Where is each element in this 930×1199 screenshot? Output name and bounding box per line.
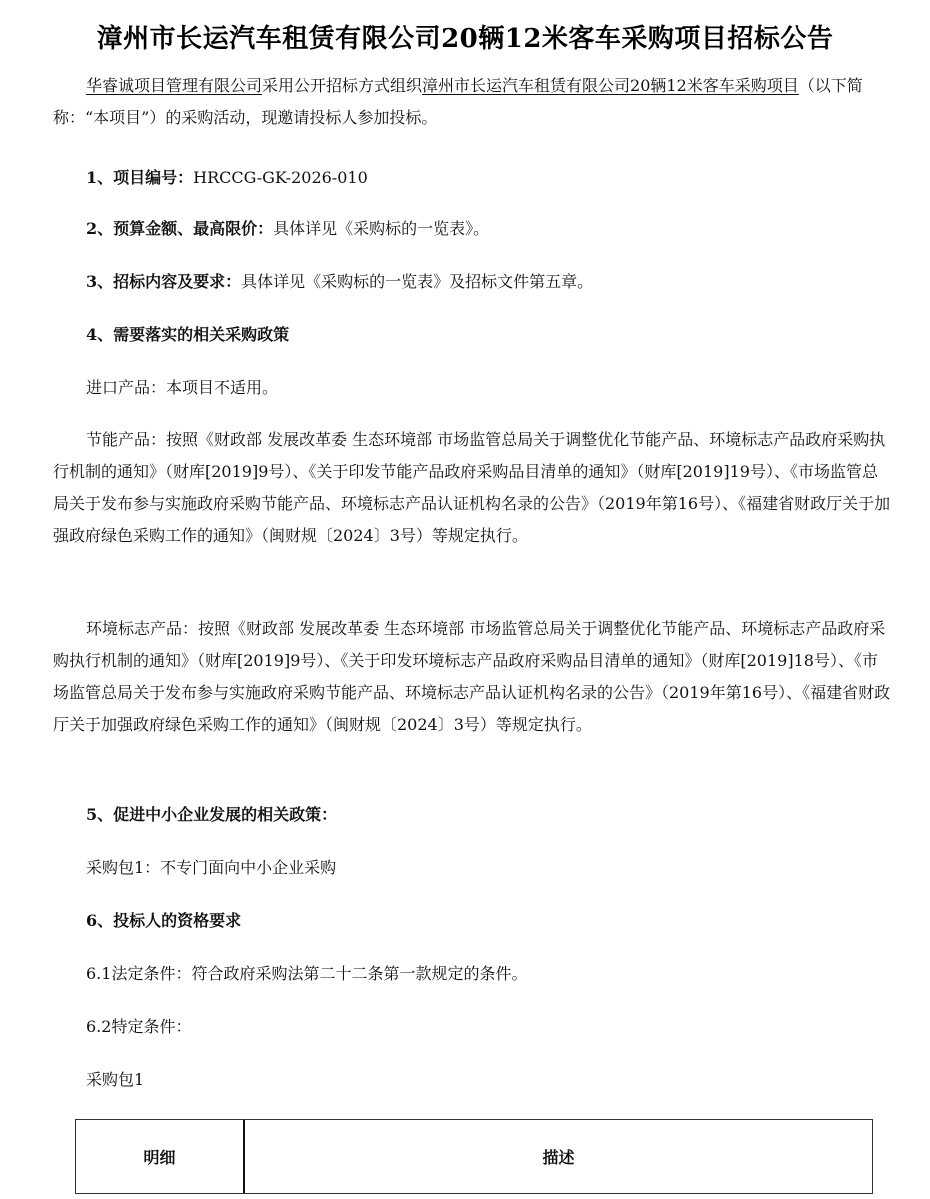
project-number: HRCCG-GK-2026-010	[193, 168, 368, 187]
sme-package-1: 采购包1：不专门面向中小企业采购	[53, 852, 893, 884]
package-1-label: 采购包1	[53, 1064, 893, 1096]
project-name: 漳州市长运汽车租赁有限公司20辆12米客车采购项目	[422, 76, 799, 95]
section-1: 1、项目编号：HRCCG-GK-2026-010	[53, 162, 893, 194]
table-header-description: 描述	[245, 1120, 872, 1193]
section-5-heading: 5、促进中小企业发展的相关政策：	[53, 799, 893, 831]
energy-saving-products: 节能产品：按照《财政部 发展改革委 生态环境部 市场监管总局关于调整优化节能产品…	[53, 424, 893, 552]
section-2-label: 2、预算金额、最高限价：	[86, 219, 273, 238]
qualification-table: 明细 描述	[75, 1119, 873, 1194]
environmental-label-products: 环境标志产品：按照《财政部 发展改革委 生态环境部 市场监管总局关于调整优化节能…	[53, 613, 893, 741]
section-6-heading: 6、投标人的资格要求	[53, 905, 893, 937]
content-requirements: 具体详见《采购标的一览表》及招标文件第五章。	[241, 272, 593, 291]
specific-conditions: 6.2特定条件：	[53, 1011, 893, 1043]
intro-text-1: 采用公开招标方式组织	[262, 76, 422, 95]
agency-name: 华睿诚项目管理有限公司	[86, 76, 262, 95]
budget-value: 具体详见《采购标的一览表》。	[273, 219, 489, 238]
section-3: 3、招标内容及要求：具体详见《采购标的一览表》及招标文件第五章。	[53, 266, 893, 298]
document-title: 漳州市长运汽车租赁有限公司20辆12米客车采购项目招标公告	[0, 18, 930, 55]
section-2: 2、预算金额、最高限价：具体详见《采购标的一览表》。	[53, 213, 893, 245]
import-products: 进口产品：本项目不适用。	[53, 372, 893, 404]
section-1-label: 1、项目编号：	[86, 168, 193, 187]
section-3-label: 3、招标内容及要求：	[86, 272, 241, 291]
intro-paragraph: 华睿诚项目管理有限公司采用公开招标方式组织漳州市长运汽车租赁有限公司20辆12米…	[53, 70, 893, 134]
table-header-detail: 明细	[76, 1120, 245, 1193]
section-4-heading: 4、需要落实的相关采购政策	[53, 319, 893, 351]
legal-conditions: 6.1法定条件：符合政府采购法第二十二条第一款规定的条件。	[53, 958, 893, 990]
